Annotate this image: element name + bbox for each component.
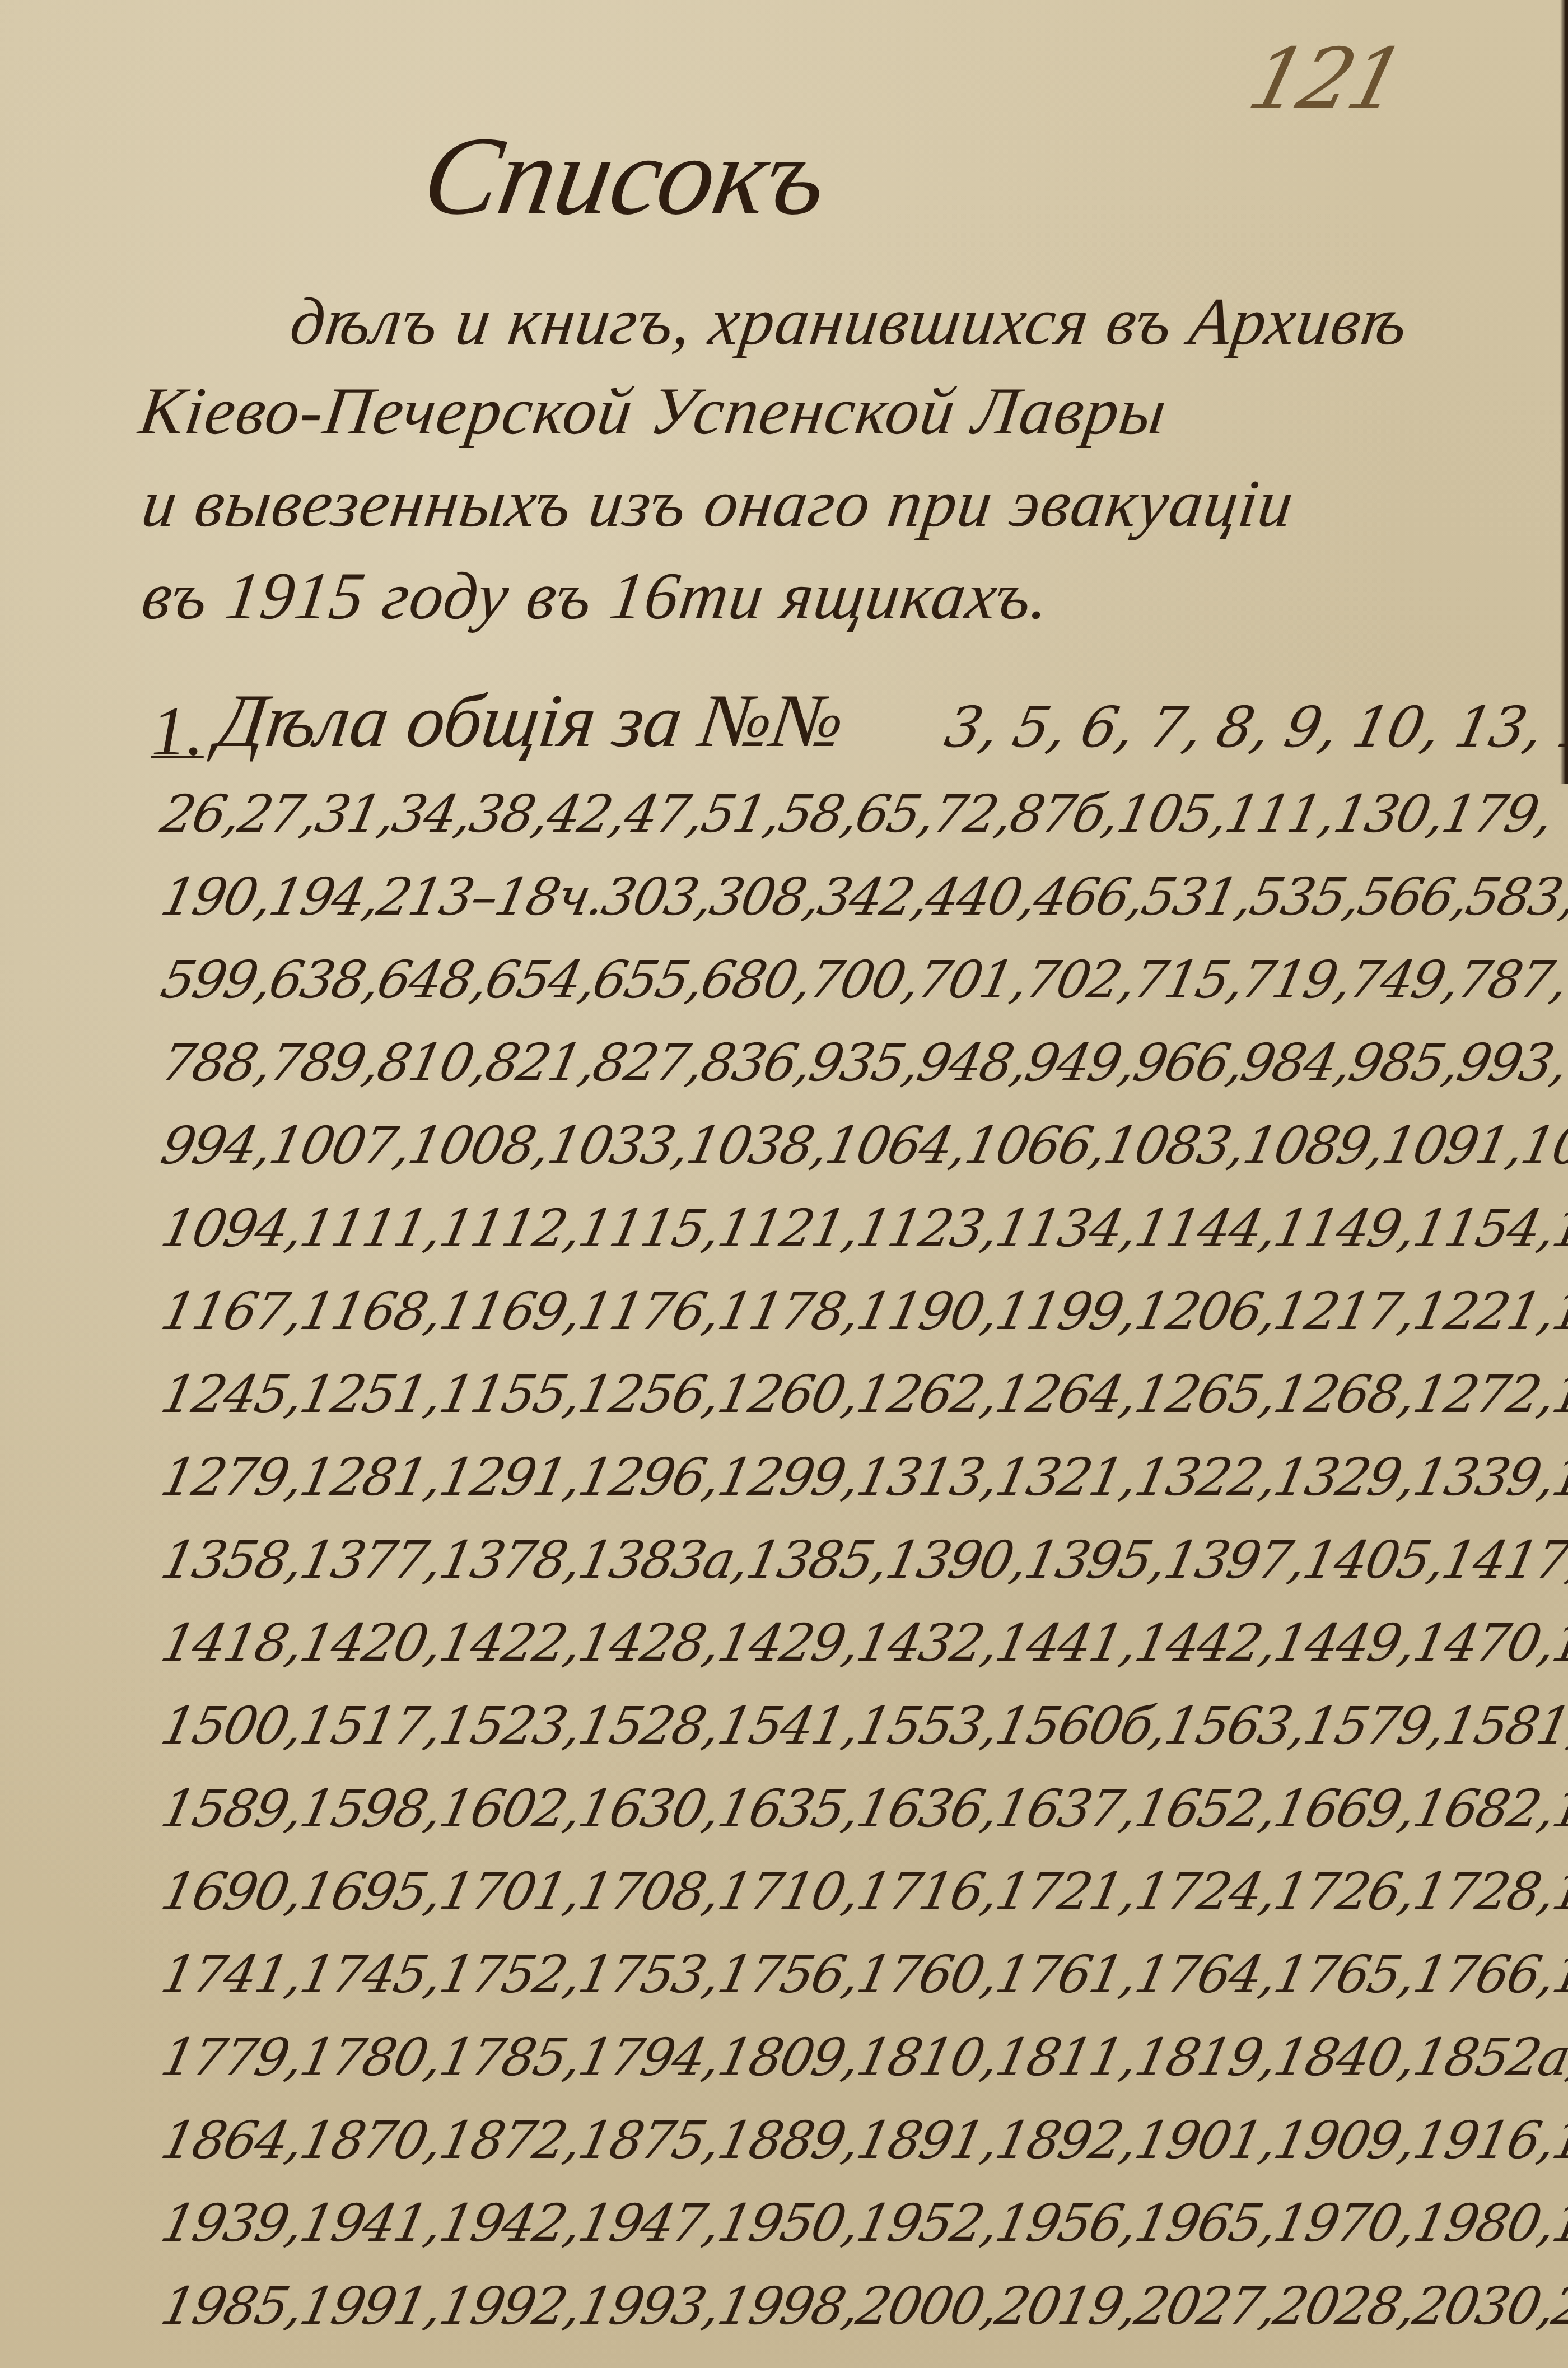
heading-line-2: Кіево-Печерской Успенской Лавры	[134, 372, 1172, 450]
case-number: 1563,	[1160, 1696, 1312, 1756]
case-numbers-line: 26,27,31,34,38,42,47,51,58,65,72,87б,105…	[162, 784, 1551, 844]
case-number: 27,	[233, 784, 323, 844]
case-number: 1701,	[434, 1862, 586, 1922]
case-number: 1064,	[820, 1116, 972, 1176]
case-number: 583,	[1460, 867, 1568, 927]
case-number: 1941,	[295, 2193, 447, 2253]
case-number: 1272,	[1408, 1364, 1560, 1424]
case-number: 1541,	[712, 1696, 864, 1756]
case-number: 1291,	[434, 1447, 586, 1507]
case-number: 1339,	[1408, 1447, 1560, 1507]
case-number: 1819,	[1130, 2027, 1281, 2087]
case-number: 993,	[1452, 1033, 1568, 1093]
case-number: 1602,	[434, 1779, 586, 1839]
case-numbers-line: 1167,1168,1169,1176,1178,1190,1199,1206,…	[162, 1281, 1551, 1341]
case-number: 1358,	[156, 1530, 308, 1590]
case-number: 2030,	[1408, 2276, 1560, 2336]
case-number: 1528,	[573, 1696, 725, 1756]
case-number: 1313,	[852, 1447, 1004, 1507]
case-number: 1991,	[295, 2276, 447, 2336]
case-number: 1111,	[295, 1199, 447, 1258]
case-number: 1939,	[156, 2193, 308, 2253]
case-number: 1761,	[991, 1945, 1142, 2005]
case-number: 1260,	[712, 1364, 864, 1424]
case-number: 1321,	[991, 1447, 1142, 1507]
case-number: 1956,	[991, 2193, 1142, 2253]
case-number: 1008,	[403, 1116, 555, 1176]
case-number: 1405,	[1298, 1530, 1450, 1590]
case-number: 715,	[1128, 950, 1249, 1010]
case-number: 1870,	[295, 2110, 447, 2170]
case-number: 2000,	[852, 2276, 1004, 2336]
case-number: 2027,	[1130, 2276, 1281, 2336]
case-number: 26,	[156, 784, 246, 844]
case-numbers-line: 1779,1780,1785,1794,1809,1810,1811,1819,…	[162, 2027, 1551, 2087]
case-number: 1134,	[991, 1199, 1142, 1258]
case-number: 1630,	[573, 1779, 725, 1839]
case-number: 1121,	[712, 1199, 864, 1258]
case-number: 1810,	[852, 2027, 1004, 2087]
case-number: 1708,	[573, 1862, 725, 1922]
case-numbers-line: 1418,1420,1422,1428,1429,1432,1441,1442,…	[162, 1613, 1551, 1673]
case-number: 1726,	[1269, 1862, 1421, 1922]
heading-line-3: и вывезенныхъ изъ онаго при эвакуаціи	[137, 465, 1299, 542]
case-numbers-line: 1864,1870,1872,1875,1889,1891,1892,1901,…	[162, 2110, 1551, 2170]
case-number: 1178,	[712, 1281, 864, 1341]
case-number: 1682,	[1408, 1779, 1560, 1839]
case-number: 1809,	[712, 2027, 864, 2087]
case-number: 1952,	[852, 2193, 1004, 2253]
case-number: 1690,	[156, 1862, 308, 1922]
case-numbers-line: 1741,1745,1752,1753,1756,1760,1761,1764,…	[162, 1945, 1551, 2005]
case-number: 1442,	[1130, 1613, 1281, 1673]
case-number: 1329,	[1269, 1447, 1421, 1507]
case-number: 1169,	[434, 1281, 586, 1341]
case-number: 1066,	[959, 1116, 1111, 1176]
case-number: 648,	[372, 950, 493, 1010]
heading-line-4: въ 1915 году въ 16ти ящикахъ.	[137, 557, 1055, 635]
case-number: 1470,	[1408, 1613, 1560, 1673]
case-number: 827,	[588, 1033, 709, 1093]
case-number: 1091,	[1377, 1116, 1529, 1176]
case-number: 1598,	[295, 1779, 447, 1839]
case-number: 1377,	[295, 1530, 447, 1590]
case-numbers-line: 1500,1517,1523,1528,1541,1553,1560б,1563…	[162, 1696, 1551, 1756]
case-number: 789,	[264, 1033, 385, 1093]
case-number: 1420,	[295, 1613, 447, 1673]
case-number: 58,	[773, 784, 863, 844]
case-number: 1875,	[573, 2110, 725, 2170]
case-numbers-line: 1589,1598,1602,1630,1635,1636,1637,1652,…	[162, 1779, 1551, 1839]
case-number: 1864,	[156, 2110, 308, 2170]
case-number: 1144,	[1130, 1199, 1281, 1258]
case-number: 1852а,	[1408, 2027, 1568, 2087]
case-number: 1579,	[1299, 1696, 1450, 1756]
case-number: 1872,	[434, 2110, 586, 2170]
case-number: 749,	[1344, 950, 1465, 1010]
case-number: 1993,	[573, 2276, 725, 2336]
case-number: 1721,	[991, 1862, 1142, 1922]
case-number: 51,	[696, 784, 786, 844]
case-number: 638,	[264, 950, 385, 1010]
case-number: 1262,	[852, 1364, 1004, 1424]
case-number: 1811,	[991, 2027, 1142, 2087]
case-number: 1299,	[712, 1447, 864, 1507]
case-number: 440,	[921, 867, 1042, 927]
case-number: 1449,	[1269, 1613, 1421, 1673]
case-number: 1429,	[712, 1613, 864, 1673]
case-number: 949,	[1020, 1033, 1141, 1093]
case-number: 105,	[1112, 784, 1233, 844]
case-number: 38,	[465, 784, 554, 844]
heading-line-1: дѣлъ и книгъ, хранившихся въ Архивѣ	[286, 283, 1413, 360]
document-title: Списокъ	[414, 112, 837, 240]
case-number: 1217,	[1269, 1281, 1421, 1341]
case-numbers-line: 1985,1991,1992,1993,1998,2000,2019,2027,…	[162, 2276, 1551, 2336]
case-number: 1728,	[1408, 1862, 1560, 1922]
case-number: 1950,	[712, 2193, 864, 2253]
case-number: 179,	[1437, 784, 1558, 844]
case-number: 599,	[156, 950, 277, 1010]
case-number: 1115,	[573, 1199, 725, 1258]
case-number: 655,	[588, 950, 709, 1010]
case-number: 1947,	[573, 2193, 725, 2253]
archival-document-page: 121 Списокъ дѣлъ и книгъ, хранившихся въ…	[0, 0, 1568, 2368]
case-number: 1779,	[156, 2027, 308, 2087]
case-number: 1970,	[1269, 2193, 1421, 2253]
case-number: 1517,	[295, 1696, 447, 1756]
case-number: 1785,	[434, 2027, 586, 2087]
case-number: 1942,	[434, 2193, 586, 2253]
case-number: 1764,	[1130, 1945, 1281, 2005]
page-edge-shadow	[1560, 0, 1568, 784]
case-number: 948,	[912, 1033, 1033, 1093]
case-numbers-line: 1279,1281,1291,1296,1299,1313,1321,1322,…	[162, 1447, 1551, 1507]
case-number: 1745,	[295, 1945, 447, 2005]
case-number: 1038,	[682, 1116, 833, 1176]
case-number: 1756,	[712, 1945, 864, 2005]
case-number: 1007,	[264, 1116, 416, 1176]
case-number: 1154,	[1408, 1199, 1560, 1258]
case-number: 1695,	[295, 1862, 447, 1922]
case-number: 1553,	[852, 1696, 1004, 1756]
case-number: 1560б,	[991, 1696, 1172, 1756]
case-number: 1094,	[156, 1199, 308, 1258]
case-numbers-line: 1358,1377,1378,1383а,1385,1390,1395,1397…	[162, 1530, 1551, 1590]
case-number: 1378,	[434, 1530, 586, 1590]
case-number: 1669,	[1269, 1779, 1421, 1839]
case-number: 1432,	[852, 1613, 1004, 1673]
case-number: 654,	[480, 950, 601, 1010]
case-number: 719,	[1236, 950, 1357, 1010]
case-number: 1753,	[573, 1945, 725, 2005]
case-number: 1965,	[1130, 2193, 1281, 2253]
case-number: 1652,	[1130, 1779, 1281, 1839]
case-number: 1892,	[991, 2110, 1142, 2170]
case-numbers-line: 599,638,648,654,655,680,700,701,702,715,…	[162, 950, 1551, 1010]
case-number: 1710,	[712, 1862, 864, 1922]
case-number: 1245,	[156, 1364, 308, 1424]
case-number: 1760,	[852, 1945, 1004, 2005]
case-number: 1909,	[1269, 2110, 1421, 2170]
case-number: 1168,	[295, 1281, 447, 1341]
case-number: 342,	[813, 867, 934, 927]
case-number: 1385,	[741, 1530, 893, 1590]
case-number: 1251,	[295, 1364, 447, 1424]
case-number: 130,	[1328, 784, 1449, 844]
case-number: 1741,	[156, 1945, 308, 2005]
case-number: 1418,	[156, 1613, 308, 1673]
case-number: 966,	[1128, 1033, 1249, 1093]
case-number: 531,	[1137, 867, 1258, 927]
case-number: 2028,	[1269, 2276, 1421, 2336]
case-number: 821,	[480, 1033, 601, 1093]
case-number: 1322,	[1130, 1447, 1281, 1507]
case-number: 1199,	[991, 1281, 1142, 1341]
folio-number: 121	[1239, 31, 1411, 128]
case-number: 1780,	[295, 2027, 447, 2087]
case-numbers-line-0: 3, 5, 6, 7, 8, 9, 10, 13, 17,	[940, 694, 1568, 760]
case-number: 1589,	[156, 1779, 308, 1839]
case-numbers-line: 1094,1111,1112,1115,1121,1123,1134,1144,…	[162, 1199, 1551, 1258]
case-number: 1176,	[573, 1281, 725, 1341]
case-number: 47,	[619, 784, 709, 844]
case-number: 2019,	[991, 2276, 1142, 2336]
case-number: 1206,	[1130, 1281, 1281, 1341]
case-number: 1395,	[1020, 1530, 1172, 1590]
case-number: 701,	[912, 950, 1033, 1010]
case-number: 1422,	[434, 1613, 586, 1673]
case-number: 1716,	[852, 1862, 1004, 1922]
list-item-label: Дѣла общія за №№	[212, 678, 850, 765]
case-number: 1190,	[852, 1281, 1004, 1341]
case-number: 566,	[1352, 867, 1473, 927]
case-number: 1916,	[1408, 2110, 1560, 2170]
case-numbers-line: 788,789,810,821,827,836,935,948,949,966,…	[162, 1033, 1551, 1093]
case-number: 1149,	[1269, 1199, 1421, 1258]
case-number: 1998,	[712, 2276, 864, 2336]
case-number: 303,	[596, 867, 717, 927]
case-number: 1123,	[852, 1199, 1004, 1258]
case-number: 1083,	[1099, 1116, 1250, 1176]
case-number: 1992,	[434, 2276, 586, 2336]
case-number: 1581,	[1438, 1696, 1568, 1756]
case-number: 1635,	[712, 1779, 864, 1839]
case-number: 994,	[156, 1116, 277, 1176]
case-number: 1390,	[880, 1530, 1032, 1590]
case-number: 1985,	[156, 2276, 308, 2336]
case-number: 1840,	[1269, 2027, 1421, 2087]
case-number: 1268,	[1269, 1364, 1421, 1424]
case-number: 1167,	[156, 1281, 308, 1341]
case-number: 1264,	[991, 1364, 1142, 1424]
case-number: 1417,	[1437, 1530, 1568, 1590]
case-number: 810,	[372, 1033, 493, 1093]
case-number: 836,	[696, 1033, 817, 1093]
case-number: 1281,	[295, 1447, 447, 1507]
case-numbers-line: 1690,1695,1701,1708,1710,1716,1721,1724,…	[162, 1862, 1551, 1922]
case-number: 1397,	[1159, 1530, 1310, 1590]
case-number: 1089,	[1238, 1116, 1389, 1176]
case-number: 1112,	[434, 1199, 586, 1258]
case-number: 700,	[804, 950, 925, 1010]
case-number: 535,	[1245, 867, 1366, 927]
case-number: 1765,	[1269, 1945, 1421, 2005]
case-number: 1383а,	[573, 1530, 754, 1590]
case-number: 65,	[851, 784, 940, 844]
case-number: 1523,	[434, 1696, 586, 1756]
case-numbers-line: 1939,1941,1942,1947,1950,1952,1956,1965,…	[162, 2193, 1551, 2253]
case-number: 788,	[156, 1033, 277, 1093]
case-numbers-line: 994,1007,1008,1033,1038,1064,1066,1083,1…	[162, 1116, 1551, 1176]
case-number: 1752,	[434, 1945, 586, 2005]
case-number: 42,	[542, 784, 632, 844]
case-number: 1441,	[991, 1613, 1142, 1673]
case-number: 702,	[1020, 950, 1141, 1010]
case-number: 194,	[264, 867, 385, 927]
case-number: 1889,	[712, 2110, 864, 2170]
case-number: 34,	[388, 784, 477, 844]
case-number: 1980,	[1408, 2193, 1560, 2253]
case-number: 308,	[704, 867, 825, 927]
case-numbers-line: 1245,1251,1155,1256,1260,1262,1264,1265,…	[162, 1364, 1551, 1424]
case-number: 1637,	[991, 1779, 1142, 1839]
case-number: 1221,	[1408, 1281, 1560, 1341]
case-number: 213–18ч.	[372, 867, 609, 927]
case-number: 1033,	[542, 1116, 694, 1176]
case-number: 787,	[1452, 950, 1568, 1010]
case-number: 87б,	[1005, 784, 1124, 844]
case-number: 466,	[1029, 867, 1150, 927]
case-number: 31,	[310, 784, 400, 844]
case-number: 1766,	[1408, 1945, 1560, 2005]
case-numbers-line: 190,194,213–18ч.303,308,342,440,466,531,…	[162, 867, 1551, 927]
case-number: 1428,	[573, 1613, 725, 1673]
case-number: 1724,	[1130, 1862, 1281, 1922]
case-number: 72,	[928, 784, 1018, 844]
case-number: 190,	[156, 867, 277, 927]
case-number: 984,	[1236, 1033, 1357, 1093]
case-number: 1155,	[434, 1364, 586, 1424]
case-number: 1794,	[573, 2027, 725, 2087]
case-number: 985,	[1344, 1033, 1465, 1093]
list-item-number: 1.	[151, 692, 204, 772]
case-number: 680,	[696, 950, 817, 1010]
case-number: 111,	[1220, 784, 1341, 844]
case-number: 1891,	[852, 2110, 1004, 2170]
case-number: 1500,	[156, 1696, 308, 1756]
case-number: 1265,	[1130, 1364, 1281, 1424]
case-number: 935,	[804, 1033, 925, 1093]
case-number: 1901,	[1130, 2110, 1281, 2170]
case-number: 1279,	[156, 1447, 308, 1507]
case-number: 1296,	[573, 1447, 725, 1507]
case-number: 1636,	[852, 1779, 1004, 1839]
case-number: 1256,	[573, 1364, 725, 1424]
